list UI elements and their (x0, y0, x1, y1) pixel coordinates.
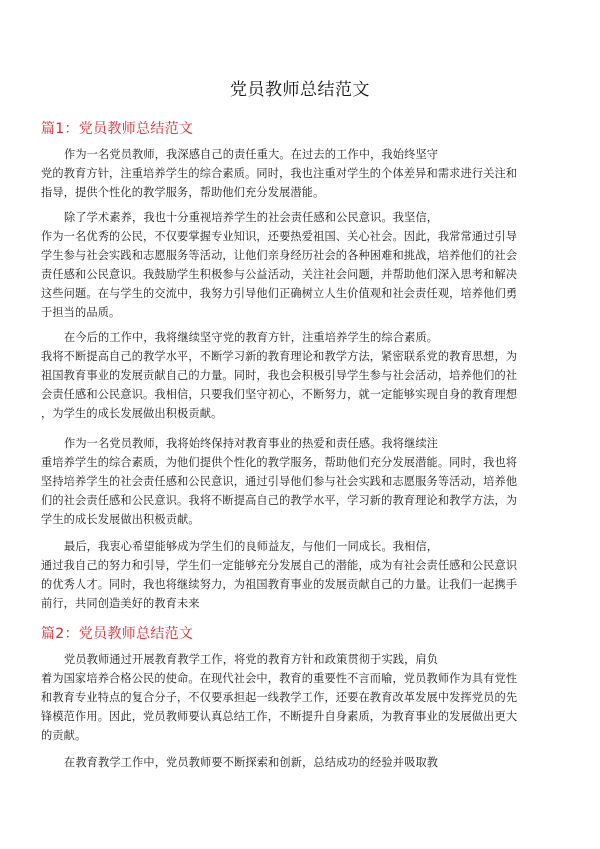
paragraph-line: 和教育专业特点的复合分子，不仅要承担起一线教学工作，还要在教育改革发展中发挥党员… (41, 688, 561, 707)
paragraph-line: 党的教育方针，注重培养学生的综合素质。同时，我也注重对学生的个体差异和需求进行关… (41, 164, 561, 183)
paragraph-line: 锋模范作用。因此，党员教师要认真总结工作，不断提升自身素质，为教育事业的发展做出… (41, 707, 561, 726)
paragraph-line: 重培养学生的综合素质，为他们提供个性化的教学服务，帮助他们充分发展潜能。同时，我… (41, 453, 561, 472)
paragraph: 除了学术素养，我也十分重视培养学生的社会责任感和公民意识。我坚信， 作为一名优秀… (41, 208, 561, 322)
paragraph-line: 通过我自己的努力和引导，学生们一定能够充分发展自己的潜能，成为有社会责任感和公民… (41, 556, 561, 575)
paragraph-line: 的优秀人才。同时，我也将继续努力，为祖国教育事业的发展贡献自己的力量。让我们一起… (41, 575, 561, 594)
paragraph-line: 除了学术素养，我也十分重视培养学生的社会责任感和公民意识。我坚信， (41, 208, 561, 227)
paragraph-line: 这些问题。在与学生的交流中，我努力引导他们正确树立人生价值观和社会责任观，培养他… (41, 284, 561, 303)
paragraph-line: ，为学生的成长发展做出积极贡献。 (41, 404, 561, 423)
paragraph-line: 学生参与社会实践和志愿服务等活动，让他们亲身经历社会的各种困难和挑战，培养他们的… (41, 246, 561, 265)
paragraph-line: 我将不断提高自己的教学水平，不断学习新的教育理论和教学方法，紧密联系党的教育思想… (41, 347, 561, 366)
paragraph-line: 坚持培养学生的社会责任感和公民意识，通过引导他们参与社会实践和志愿服务等活动，培… (41, 472, 561, 491)
section-heading-2: 篇2：党员教师总结范文 (41, 623, 193, 643)
paragraph: 在今后的工作中，我将继续坚守党的教育方针，注重培养学生的综合素质。 我将不断提高… (41, 328, 561, 423)
paragraph-line: 在教育教学工作中，党员教师要不断探索和创新，总结成功的经验并吸取教 (41, 753, 561, 772)
paragraph: 最后，我衷心希望能够成为学生们的良师益友，与他们一同成长。我相信， 通过我自己的… (41, 537, 561, 613)
paragraph-line: 指导，提供个性化的教学服务，帮助他们充分发展潜能。 (41, 183, 561, 202)
paragraph: 在教育教学工作中，党员教师要不断探索和创新，总结成功的经验并吸取教 (41, 753, 561, 772)
paragraph-line: 们的社会责任感和公民意识。我将不断提高自己的教学水平，学习新的教育理论和教学方法… (41, 491, 561, 510)
paragraph-line: 党员教师通过开展教育教学工作，将党的教育方针和政策贯彻于实践，肩负 (41, 650, 561, 669)
paragraph: 作为一名党员教师，我将始终保持对教育事业的热爱和责任感。我将继续注 重培养学生的… (41, 434, 561, 529)
paragraph-line: 作为一名党员教师，我将始终保持对教育事业的热爱和责任感。我将继续注 (41, 434, 561, 453)
paragraph-line: 责任感和公民意识。我鼓励学生积极参与公益活动，关注社会问题，并帮助他们深入思考和… (41, 265, 561, 284)
paragraph-line: 作为一名党员教师，我深感自己的责任重大。在过去的工作中，我始终坚守 (41, 145, 561, 164)
paragraph: 作为一名党员教师，我深感自己的责任重大。在过去的工作中，我始终坚守 党的教育方针… (41, 145, 561, 202)
paragraph-line: 学生的成长发展做出积极贡献。 (41, 510, 561, 529)
paragraph-line: 前行，共同创造美好的教育未来 (41, 594, 561, 613)
paragraph: 党员教师通过开展教育教学工作，将党的教育方针和政策贯彻于实践，肩负 着为国家培养… (41, 650, 561, 745)
paragraph-line: 作为一名优秀的公民，不仅要掌握专业知识，还要热爱祖国、关心社会。因此，我常常通过… (41, 227, 561, 246)
document-page: 党员教师总结范文 篇1：党员教师总结范文 作为一名党员教师，我深感自己的责任重大… (0, 0, 600, 849)
paragraph-line: 祖国教育事业的发展贡献自己的力量。同时，我也会积极引导学生参与社会活动，培养他们… (41, 366, 561, 385)
paragraph-line: 的贡献。 (41, 726, 561, 745)
paragraph-line: 会责任感和公民意识。我相信，只要我们坚守初心，不断努力，就一定能够实现自身的教育… (41, 385, 561, 404)
paragraph-line: 最后，我衷心希望能够成为学生们的良师益友，与他们一同成长。我相信， (41, 537, 561, 556)
paragraph-line: 着为国家培养合格公民的使命。在现代社会中，教育的重要性不言而喻，党员教师作为具有… (41, 669, 561, 688)
paragraph-line: 于担当的品质。 (41, 303, 561, 322)
document-title: 党员教师总结范文 (0, 75, 600, 100)
paragraph-line: 在今后的工作中，我将继续坚守党的教育方针，注重培养学生的综合素质。 (41, 328, 561, 347)
section-heading-1: 篇1：党员教师总结范文 (41, 118, 193, 138)
